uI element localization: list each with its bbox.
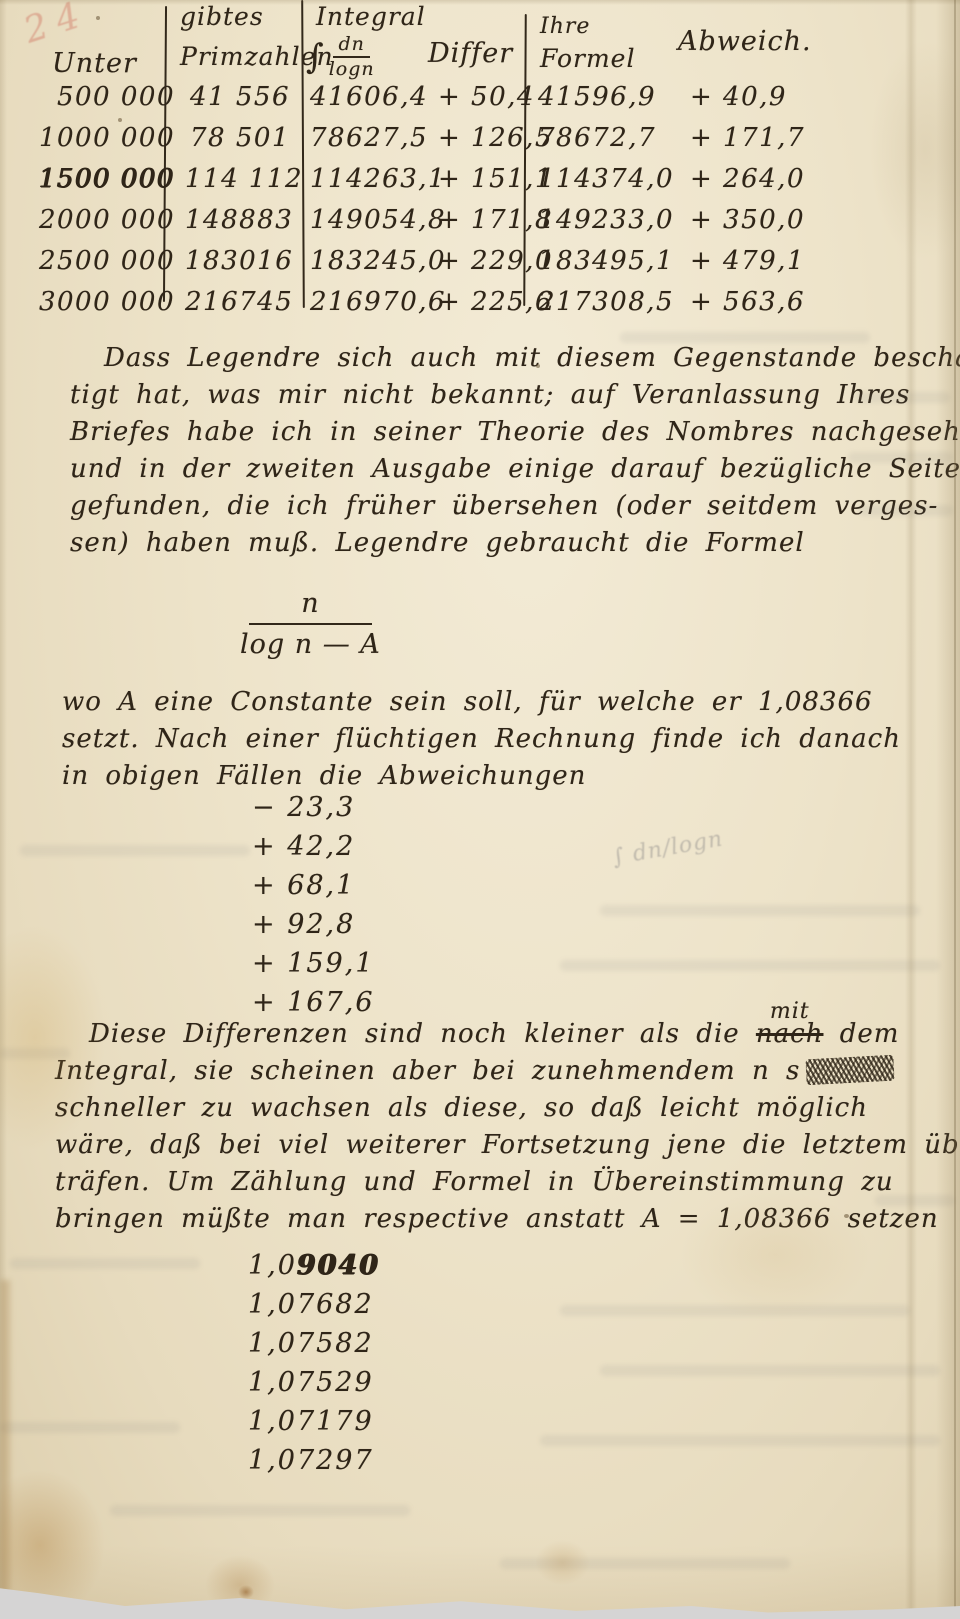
cell-formel: 183495,1 [528, 246, 680, 287]
ghost-streak [560, 1305, 910, 1316]
bleedthrough-integral: ∫ dn/logn [611, 826, 725, 870]
a-value-item: 1,07179 [248, 1406, 380, 1445]
table-header-gibtes: gibtes [180, 2, 264, 31]
ghost-streak [540, 1435, 940, 1446]
integral-sign: ∫ [306, 37, 325, 77]
cell-differ: + 225,6 [428, 287, 528, 328]
cell-integral: 78627,5 [300, 123, 428, 164]
table-header-integral-formula: ∫dnlogn [306, 34, 375, 79]
cell-formel: 41596,9 [528, 82, 680, 123]
a-value-item: 1,07297 [248, 1445, 380, 1484]
cell-abweich: + 479,1 [680, 246, 860, 287]
ghost-streak [600, 905, 920, 916]
ghost-streak [560, 960, 940, 971]
table-header-abweich: Abweich. [678, 26, 812, 57]
text-line: Dass Legendre sich auch mit diesem Gegen… [70, 340, 960, 377]
text-line: und in der zweiten Ausgabe einige darauf… [70, 451, 960, 488]
ink-speck [844, 1214, 849, 1218]
cell-differ: + 229,0 [428, 246, 528, 287]
paragraph-differenzen: Diese Differenzen sind noch kleiner als … [55, 1016, 960, 1238]
paragraph-legendre: Dass Legendre sich auch mit diesem Gegen… [70, 340, 960, 562]
ghost-streak [10, 1258, 200, 1269]
text-line: Briefes habe ich in seiner Theorie des N… [70, 414, 960, 451]
cell-differ: + 50,4 [428, 82, 528, 123]
page-edge-bottom-shading [0, 1545, 960, 1615]
cell-formel: 78672,7 [528, 123, 680, 164]
a-value-item: 1,07529 [248, 1367, 380, 1406]
ghost-streak [620, 332, 870, 343]
cell-differ: + 171,8 [428, 205, 528, 246]
cell-formel: 114374,0 [528, 164, 680, 205]
text-line: wäre, daß bei viel weiterer Fortsetzung … [55, 1127, 960, 1164]
formula-numerator: n [249, 590, 371, 625]
text-line: schneller zu wachsen als diese, so daß l… [55, 1090, 960, 1127]
a-value-item: 1,07582 [248, 1328, 380, 1367]
a-value-prefix: 1,0 [248, 1250, 297, 1281]
cell-abweich: + 40,9 [680, 82, 860, 123]
text-line: bringen müßte man respective anstatt A =… [55, 1201, 960, 1238]
table-header-integral: Integral [316, 2, 426, 31]
text-line: setzt. Nach einer flüchtigen Rechnung fi… [62, 721, 901, 758]
cell-unter: 500 000 [30, 82, 185, 123]
ink-speck [118, 118, 122, 122]
text-line: tigt hat, was mir nicht bekannt; auf Ver… [70, 377, 960, 414]
cell-unter: 2500 000 [30, 246, 185, 287]
deviation-list: − 23,3 + 42,2 + 68,1 + 92,8 + 159,1 + 16… [252, 792, 375, 1026]
cell-integral: 41606,4 [300, 82, 428, 123]
cell-formel: 149233,0 [528, 205, 680, 246]
cell-integral: 114263,1 [300, 164, 428, 205]
table-header-unter: Unter [52, 48, 137, 79]
formula-denominator: log n — A [240, 625, 381, 658]
deviation-item: − 23,3 [252, 792, 375, 831]
cell-integral: 149054,8 [300, 205, 428, 246]
a-value-item: 1,07682 [248, 1289, 380, 1328]
cell-primzahlen: 78 501 [185, 123, 300, 164]
cell-abweich: + 563,6 [680, 287, 860, 328]
cell-primzahlen: 41 556 [185, 82, 300, 123]
red-corner-mark: 24 [19, 0, 94, 52]
table-header-formel: Formel [540, 44, 635, 73]
deviation-item: + 68,1 [252, 870, 375, 909]
text-line: gefunden, die ich früher übersehen (oder… [70, 488, 960, 525]
cell-primzahlen: 183016 [185, 246, 300, 287]
cell-differ: + 126,5 [428, 123, 528, 164]
cell-abweich: + 350,0 [680, 205, 860, 246]
scribbled-out-word [806, 1055, 895, 1086]
line2-text: Integral, sie scheinen aber bei zunehmen… [55, 1056, 800, 1086]
vertical-fold-crease [905, 0, 917, 1619]
ink-speck [536, 364, 540, 368]
text-line: träfen. Um Zählung und Formel in Überein… [55, 1164, 960, 1201]
ghost-streak [600, 1365, 940, 1376]
cell-primzahlen: 148883 [185, 205, 300, 246]
integrand-denominator: logn [329, 58, 375, 79]
table-header-ihre: Ihre [540, 14, 590, 39]
cell-unter: 1500 000 [30, 164, 185, 205]
cell-unter: 2000 000 [30, 205, 185, 246]
prime-count-table: 500 00041 55641606,4+ 50,441596,9+ 40,9 … [30, 82, 900, 328]
cell-unter: 1000 000 [30, 123, 185, 164]
integrand-numerator: dn [333, 34, 369, 58]
cell-integral: 183245,0 [300, 246, 428, 287]
a-value-item: 1,09040 [248, 1250, 380, 1289]
legendre-formula: nlog n — A [240, 590, 381, 658]
page-edge-right [936, 0, 960, 1619]
manuscript-page: 24 Unter gibtes Primzahlen Integral ∫dnl… [0, 0, 960, 1619]
cell-unter: 3000 000 [30, 287, 185, 328]
cell-abweich: + 171,7 [680, 123, 860, 164]
cell-primzahlen: 216745 [185, 287, 300, 328]
inserted-word-mit: mit [770, 993, 810, 1030]
cell-primzahlen: 114 112 [185, 164, 300, 205]
deviation-item: + 42,2 [252, 831, 375, 870]
deviation-item: + 159,1 [252, 948, 375, 987]
text-line-with-scribble: Integral, sie scheinen aber bei zunehmen… [55, 1053, 960, 1090]
ink-speck [96, 16, 100, 20]
page-edge-top [0, 0, 960, 5]
paragraph-constante: wo A eine Constante sein soll, für welch… [62, 684, 901, 795]
text-line: sen) haben muß. Legendre gebraucht die F… [70, 525, 960, 562]
cell-integral: 216970,6 [300, 287, 428, 328]
ghost-streak [0, 1048, 70, 1059]
cell-formel: 217308,5 [528, 287, 680, 328]
line1-pre: Diese Differenzen sind noch kleiner als … [89, 1019, 756, 1049]
ghost-streak [20, 845, 250, 856]
struck-word-nach: nachmit [756, 1019, 824, 1049]
a-value-overwritten-digits: 9040 [297, 1250, 380, 1281]
page-edge-right-line [954, 0, 956, 1619]
text-line: in obigen Fällen die Abweichungen [62, 758, 901, 795]
cell-differ: + 151,1 [428, 164, 528, 205]
ghost-streak [110, 1505, 410, 1516]
table-header-differ: Differ [428, 38, 513, 69]
deviation-item: + 92,8 [252, 909, 375, 948]
text-line: wo A eine Constante sein soll, für welch… [62, 684, 901, 721]
a-value-list: 1,09040 1,07682 1,07582 1,07529 1,07179 … [248, 1250, 380, 1484]
text-line-with-correction: Diese Differenzen sind noch kleiner als … [55, 1016, 960, 1053]
ghost-streak [0, 1422, 180, 1433]
cell-abweich: + 264,0 [680, 164, 860, 205]
line1-post: dem [823, 1019, 899, 1049]
